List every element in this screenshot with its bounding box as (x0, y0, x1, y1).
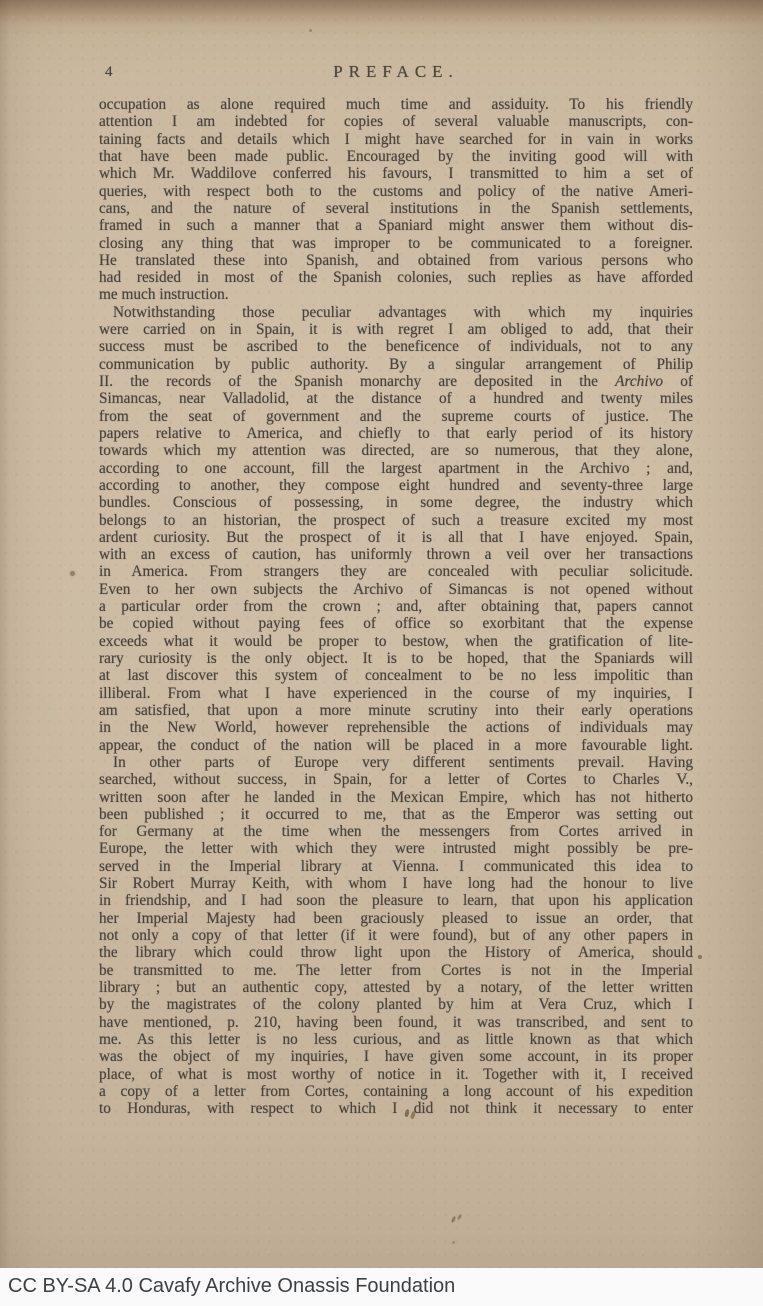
text-line: written soon after he landed in the Mexi… (99, 789, 693, 806)
text-line: Even to her own subjects the Archivo of … (99, 581, 693, 598)
body-text: occupation as alone required much time a… (99, 96, 693, 1117)
text-segment: of (663, 373, 693, 390)
text-line: had resided in most of the Spanish colon… (99, 269, 693, 286)
license-bar: CC BY-SA 4.0 Cavafy Archive Onassis Foun… (0, 1268, 763, 1306)
text-line: Sir Robert Murray Keith, with whom I hav… (99, 875, 693, 892)
text-line: to Honduras, with respect to which I did… (99, 1100, 693, 1117)
text-line: in America. From strangers they are conc… (99, 563, 693, 580)
text-line: Notwithstanding those peculiar advantage… (99, 304, 693, 321)
text-line: with an excess of caution, has uniformly… (99, 546, 693, 563)
text-line: place, of what is most worthy of notice … (99, 1066, 693, 1083)
text-line: that have been made public. Encouraged b… (99, 148, 693, 165)
text-line: belongs to an historian, the prospect of… (99, 512, 693, 529)
text-line: occupation as alone required much time a… (99, 96, 693, 113)
text-line: which Mr. Waddilove conferred his favour… (99, 165, 693, 182)
text-line: queries, with respect both to the custom… (99, 183, 693, 200)
text-line: towards which my attention was directed,… (99, 442, 693, 459)
page-header: 4 PREFACE. (99, 62, 693, 82)
text-line: by the magistrates of the colony planted… (99, 996, 693, 1013)
text-segment: II. the records of the Spanish monarchy … (99, 373, 615, 390)
text-line: II. the records of the Spanish monarchy … (99, 373, 693, 390)
text-line: exceeds what it would be proper to besto… (99, 633, 693, 650)
text-line: searched, without success, in Spain, for… (99, 771, 693, 788)
ink-speck (698, 955, 702, 959)
text-line: appear, the conduct of the nation will b… (99, 737, 693, 754)
ink-speck (451, 1216, 457, 1224)
text-line: been published ; it occurred to me, that… (99, 806, 693, 823)
text-line: rary curiosity is the only object. It is… (99, 650, 693, 667)
italic-word: Archivo (615, 373, 663, 390)
license-text: CC BY-SA 4.0 Cavafy Archive Onassis Foun… (8, 1268, 455, 1306)
text-line: taining facts and details which I might … (99, 131, 693, 148)
text-line: not only a copy of that letter (if it we… (99, 927, 693, 944)
paragraph: Notwithstanding those peculiar advantage… (99, 304, 693, 754)
text-line: served in the Imperial library at Vienna… (99, 858, 693, 875)
ink-speck (457, 1214, 463, 1221)
text-line: communication by public authority. By a … (99, 356, 693, 373)
text-line: Europe, the letter with which they were … (99, 840, 693, 857)
text-line: the library which could throw light upon… (99, 944, 693, 961)
text-line: library ; but an authentic copy, atteste… (99, 979, 693, 996)
text-line: at last discover this system of concealm… (99, 667, 693, 684)
text-line: according to another, they compose eight… (99, 477, 693, 494)
page-title: PREFACE. (333, 62, 459, 81)
text-line: In other parts of Europe very different … (99, 754, 693, 771)
page-number: 4 (105, 64, 113, 81)
ink-speck (70, 571, 75, 576)
paragraph: occupation as alone required much time a… (99, 96, 693, 304)
text-line: success must be ascribed to the benefice… (99, 338, 693, 355)
text-line: papers relative to America, and chiefly … (99, 425, 693, 442)
text-line: be transmitted to me. The letter from Co… (99, 962, 693, 979)
text-line: bundles. Conscious of possessing, in som… (99, 494, 693, 511)
text-line: Simancas, near Valladolid, at the distan… (99, 390, 693, 407)
text-line: for Germany at the time when the messeng… (99, 823, 693, 840)
text-line: in friendship, and I had soon the pleasu… (99, 892, 693, 909)
text-line: be copied without paying fees of office … (99, 615, 693, 632)
text-line: ardent curiosity. But the prospect of it… (99, 529, 693, 546)
ink-speck (452, 1241, 455, 1244)
text-line: He translated these into Spanish, and ob… (99, 252, 693, 269)
book-page-scan: 4 PREFACE. occupation as alone required … (0, 0, 763, 1306)
text-line: am satisfied, that upon a more minute sc… (99, 702, 693, 719)
text-line: me much instruction. (99, 286, 693, 303)
text-line: a particular order from the crown ; and,… (99, 598, 693, 615)
text-line: were carried on in Spain, it is with reg… (99, 321, 693, 338)
text-line: her Imperial Majesty had been graciously… (99, 910, 693, 927)
text-line: attention I am indebted for copies of se… (99, 113, 693, 130)
text-line: me. As this letter is no less curious, a… (99, 1031, 693, 1048)
text-line: framed in such a manner that a Spaniard … (99, 217, 693, 234)
text-line: illiberal. From what I have experienced … (99, 685, 693, 702)
paragraph: In other parts of Europe very different … (99, 754, 693, 1118)
text-line: closing any thing that was improper to b… (99, 235, 693, 252)
text-line: cans, and the nature of several institut… (99, 200, 693, 217)
text-line: a copy of a letter from Cortes, containi… (99, 1083, 693, 1100)
text-line: have mentioned, p. 210, having been foun… (99, 1014, 693, 1031)
text-line: according to one account, fill the large… (99, 460, 693, 477)
text-line: from the seat of government and the supr… (99, 408, 693, 425)
ink-speck (309, 29, 312, 32)
text-line: in the New World, however reprehensible … (99, 719, 693, 736)
text-line: was the object of my inquiries, I have g… (99, 1048, 693, 1065)
